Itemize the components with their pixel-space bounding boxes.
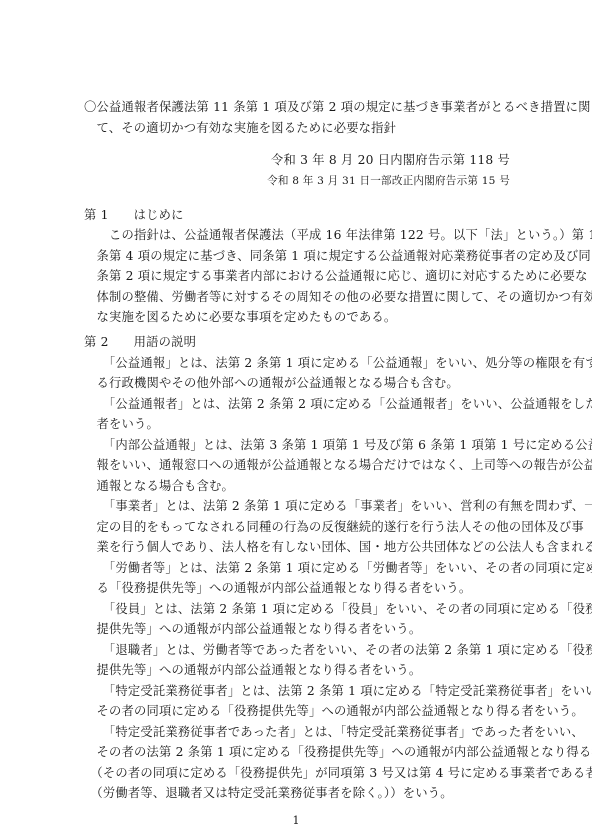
- section-2-line: 提供先等」への通報が内部公益通報となり得る者をいう。: [84, 622, 421, 636]
- section-2-line: 業を行う個人であり、法人格を有しない団体、国・地方公共団体などの公法人も含まれる…: [84, 540, 592, 554]
- section-2-line: 者をいう。: [84, 417, 159, 431]
- section-2-line: 「役員」とは、法第 2 条第 1 項に定める「役員」をいい、その者の同項に定める…: [84, 602, 592, 616]
- section-2-line: 定の目的をもってなされる同種の行為の反復継続的遂行を行う法人その他の団体及び事: [84, 520, 584, 534]
- section-1-line: この指針は、公益通報者保護法（平成 16 年法律第 122 号。以下「法」という…: [84, 228, 592, 242]
- section-1-line: 条第 4 項の規定に基づき、同条第 1 項に規定する公益通報対応業務従事者の定め…: [84, 249, 591, 263]
- section-2-line: る「役務提供先等」への通報が内部公益通報となり得る者をいう。: [84, 581, 471, 595]
- section-2-line: 通報となる場合も含む。: [84, 479, 234, 493]
- section-2-line: 提供先等」への通報が内部公益通報となり得る者をいう。: [84, 663, 421, 677]
- amendment-notice: 令和 8 年 3 月 31 日一部改正内閣府告示第 15 号: [267, 174, 510, 188]
- section-2-line: 「公益通報者」とは、法第 2 条第 2 項に定める「公益通報者」をいい、公益通報…: [84, 397, 592, 411]
- section-2-line: 「退職者」とは、労働者等であった者をいい、その者の法第 2 条第 1 項に定める…: [84, 643, 592, 657]
- document-title-line-2: て、その適切かつ有効な実施を図るために必要な指針: [84, 121, 396, 135]
- notice-number: 令和 3 年 8 月 20 日内閣府告示第 118 号: [271, 153, 510, 167]
- section-2-line: 「労働者等」とは、法第 2 条第 1 項に定める「労働者等」をいい、その者の同項…: [84, 561, 592, 575]
- section-1-line: な実施を図るために必要な事項を定めたものである。: [84, 310, 396, 324]
- section-2-line: その者の同項に定める「役務提供先等」への通報が内部公益通報となり得る者をいう。: [84, 704, 584, 718]
- document-title-line-1: 〇公益通報者保護法第 11 条第 1 項及び第 2 項の規定に基づき事業者がとる…: [84, 100, 592, 114]
- section-2-line: 「内部公益通報」とは、法第 3 条第 1 項第 1 号及び第 6 条第 1 項第…: [84, 438, 592, 452]
- section-2-heading: 第 2 用語の説明: [84, 335, 196, 349]
- section-2-line: その者の法第 2 条第 1 項に定める「役務提供先等」への通報が内部公益通報とな…: [84, 745, 592, 759]
- section-2-line: （労働者等、退職者又は特定受託業務従事者を除く。））をいう。: [84, 786, 453, 800]
- document-page: 〇公益通報者保護法第 11 条第 1 項及び第 2 項の規定に基づき事業者がとる…: [0, 0, 592, 839]
- section-2-line: 「公益通報」とは、法第 2 条第 1 項に定める「公益通報」をいい、処分等の権限…: [84, 356, 592, 370]
- section-1-heading: 第 1 はじめに: [84, 208, 184, 222]
- section-2-line: 「特定受託業務従事者」とは、法第 2 条第 1 項に定める「特定受託業務従事者」…: [84, 684, 592, 698]
- section-1-line: 条第 2 項に規定する事業者内部における公益通報に応じ、適切に対応するために必要…: [84, 269, 588, 283]
- section-2-line: 「事業者」とは、法第 2 条第 1 項に定める「事業者」をいい、営利の有無を問わ…: [84, 499, 592, 513]
- section-2-line: 「特定受託業務従事者であった者」とは、「特定受託業務従事者」であった者をいい、: [84, 725, 584, 739]
- section-2-line: る行政機関やその他外部への通報が公益通報となる場合も含む。: [84, 376, 459, 390]
- section-2-line: 報をいい、通報窓口への通報が公益通報となる場合だけではなく、上司等への報告が公益: [84, 458, 592, 472]
- section-2-line: （その者の同項に定める「役務提供先」が同項第 3 号又は第 4 号に定める事業者…: [84, 766, 592, 780]
- section-1-line: 体制の整備、労働者等に対するその周知その他の必要な措置に関して、その適切かつ有効: [84, 290, 592, 304]
- page-number: 1: [0, 814, 592, 827]
